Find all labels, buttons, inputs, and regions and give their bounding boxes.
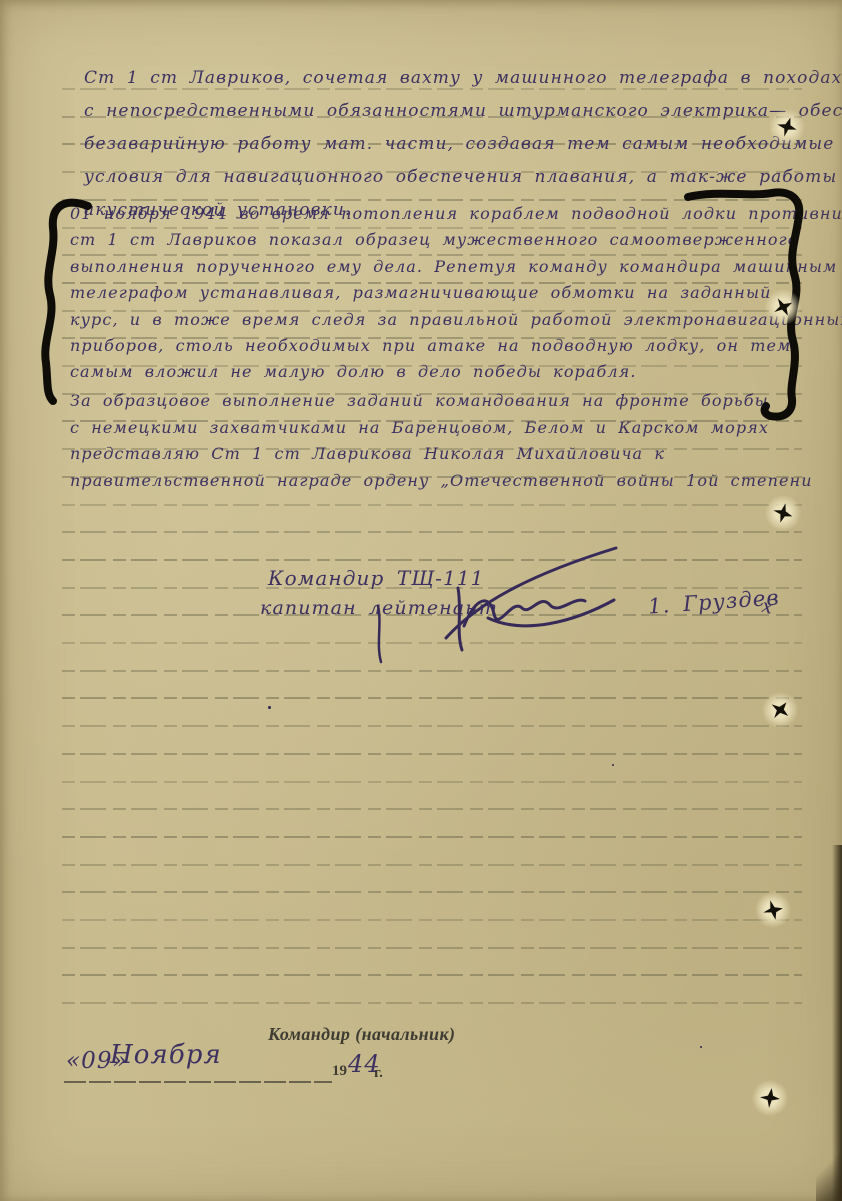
ruled-line xyxy=(62,1002,802,1004)
hole-punch-star xyxy=(770,500,796,526)
ruled-line xyxy=(62,974,802,976)
scan-corner-shadow xyxy=(816,1141,842,1201)
handwritten-line: с немецкими захватчиками на Баренцовом, … xyxy=(70,415,813,442)
date-month: Ноября xyxy=(110,1040,222,1070)
hole-punch xyxy=(774,114,800,140)
hole-punch xyxy=(770,500,796,526)
handwritten-line: курс, и в тоже время следя за правильной… xyxy=(70,307,842,333)
date-underline xyxy=(64,1081,332,1083)
ruled-line xyxy=(62,642,802,644)
handwritten-line: выполнения порученного ему дела. Репетуя… xyxy=(70,254,842,280)
printed-commander-label: Командир (начальник) xyxy=(268,1024,455,1045)
hole-punch-star xyxy=(774,114,800,140)
handwritten-line: самым вложил не малую долю в дело победы… xyxy=(70,359,842,385)
paragraph-2-bracketed: 01 ноября 1944 во время потопления кораб… xyxy=(70,201,842,386)
hole-punch xyxy=(757,1085,783,1111)
handwritten-line: приборов, столь необходимых при атаке на… xyxy=(70,333,842,359)
hole-punch-star xyxy=(761,898,784,921)
handwritten-line: безаварийную работу мат. части, создавая… xyxy=(84,128,842,161)
printed-year-prefix: 19 xyxy=(332,1063,347,1080)
hole-punch-star xyxy=(758,1086,781,1109)
ink-speck xyxy=(612,764,614,766)
handwritten-line: ст 1 ст Лавриков показал образец мужеств… xyxy=(70,227,842,253)
handwritten-line: представляю Ст 1 ст Лаврикова Николая Ми… xyxy=(70,441,813,468)
hole-punch-star xyxy=(766,696,794,724)
hole-punch xyxy=(767,697,793,723)
ruled-line xyxy=(62,781,802,783)
commander-signature-flourish xyxy=(428,538,643,653)
ruled-line xyxy=(62,504,802,506)
ruled-line xyxy=(62,559,802,561)
ink-speck xyxy=(268,706,271,709)
ruled-line xyxy=(62,753,802,755)
ruled-line xyxy=(62,531,802,533)
handwritten-line: условия для навигационного обеспечения п… xyxy=(84,161,842,194)
ruled-line xyxy=(62,670,802,672)
ruled-line xyxy=(62,808,802,810)
signature-position-line: Командир ТЩ-111 xyxy=(268,566,485,590)
ruled-line xyxy=(62,919,802,921)
scanned-document-page: Ст 1 ст Лавриков, сочетая вахту у машинн… xyxy=(0,0,842,1201)
ruled-line xyxy=(62,864,802,866)
handwritten-line: Ст 1 ст Лавриков, сочетая вахту у машинн… xyxy=(84,62,842,95)
handwritten-line: телеграфом устанавливая, размагничивающи… xyxy=(70,280,842,306)
hole-punch xyxy=(760,897,786,923)
handwritten-line: За образцовое выполнение заданий командо… xyxy=(70,388,813,415)
ruled-line xyxy=(62,725,802,727)
hole-punch-star xyxy=(770,294,797,321)
ink-speck xyxy=(700,1046,702,1048)
handwritten-line: с непосредственными обязанностями штурма… xyxy=(84,95,842,128)
ruled-line xyxy=(62,836,802,838)
ruled-line xyxy=(62,947,802,949)
hole-punch xyxy=(770,294,796,320)
ruled-line xyxy=(62,891,802,893)
paragraph-3: За образцовое выполнение заданий командо… xyxy=(70,388,813,494)
ruled-line xyxy=(62,697,802,699)
signature-rank-line: капитан лейтенант xyxy=(260,597,498,619)
date-year: 44 xyxy=(348,1050,381,1078)
handwritten-line: правительственной награде ордену „Отечес… xyxy=(70,468,813,495)
handwritten-line: 01 ноября 1944 во время потопления кораб… xyxy=(70,201,842,227)
